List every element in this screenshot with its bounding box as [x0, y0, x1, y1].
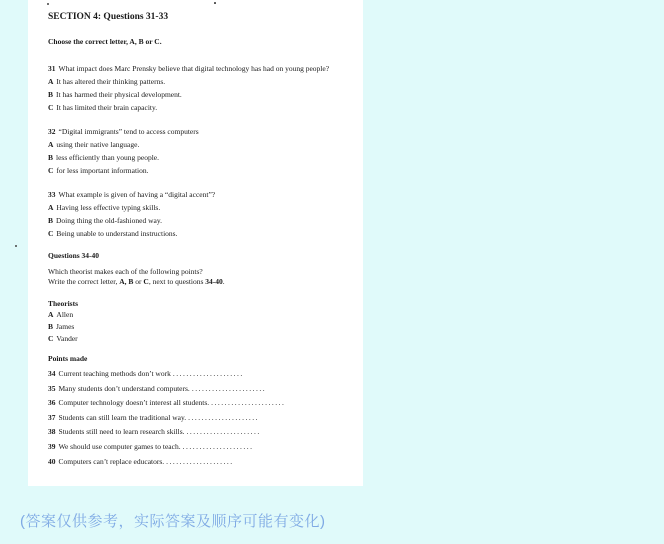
question-32-number: 32 [48, 127, 56, 136]
point-number: 35 [48, 384, 56, 393]
point-item-34: 34Current teaching methods don’t work...… [48, 367, 359, 382]
instruction-segment: or [133, 277, 143, 286]
questions-34-40-title: Questions 34-40 [48, 250, 359, 261]
scan-artifact-dot [15, 245, 17, 247]
question-33: 33What example is given of having a “dig… [48, 188, 359, 240]
question-32: 32“Digital immigrants” tend to access co… [48, 125, 359, 177]
point-text: Current teaching methods don’t work [59, 369, 171, 378]
matching-instruction-line2: Write the correct letter, A, B or C, nex… [48, 277, 359, 287]
point-item-36: 36Computer technology doesn’t interest a… [48, 396, 359, 411]
section-title: SECTION 4: Questions 31-33 [48, 12, 359, 23]
question-33-stem-text: What example is given of having a “digit… [59, 190, 216, 199]
option-text: using their native language. [56, 140, 139, 149]
question-33-option-b: BDoing thing the old-fashioned way. [48, 214, 359, 227]
theorist-letter: B [48, 322, 53, 331]
option-letter: A [48, 140, 53, 149]
point-text: Many students don’t understand computers… [59, 384, 190, 393]
point-text: We should use computer games to teach. [59, 442, 181, 451]
option-letter: C [48, 166, 53, 175]
answer-blank-leader: ...................... [192, 384, 266, 393]
screenshot-root: SECTION 4: Questions 31-33 Choose the co… [0, 0, 664, 544]
theorist-item-b: BJames [48, 321, 359, 333]
matching-instruction-line1: Which theorist makes each of the followi… [48, 267, 359, 277]
option-text: It has limited their brain capacity. [56, 103, 157, 112]
option-letter: A [48, 203, 53, 212]
theorist-item-c: CVander [48, 333, 359, 345]
question-31-option-a: AIt has altered their thinking patterns. [48, 75, 359, 88]
scan-artifact-dot [47, 3, 49, 5]
theorist-name: Allen [56, 310, 73, 319]
point-text: Students can still learn the traditional… [59, 413, 187, 422]
instruction-segment: Write the correct letter, [48, 277, 119, 286]
option-letter: C [48, 229, 53, 238]
answer-blank-leader: ...................... [211, 398, 285, 407]
option-letter: A [48, 77, 53, 86]
theorist-item-a: AAllen [48, 309, 359, 321]
question-32-stem-text: “Digital immigrants” tend to access comp… [59, 127, 199, 136]
option-text: less efficiently than young people. [56, 153, 159, 162]
question-32-option-b: Bless efficiently than young people. [48, 151, 359, 164]
point-item-38: 38Students still need to learn research … [48, 425, 359, 440]
point-number: 37 [48, 413, 56, 422]
point-number: 34 [48, 369, 56, 378]
instruction-bold-range: 34-40 [205, 277, 223, 286]
answer-blank-leader: ..................... [183, 442, 254, 451]
point-item-40: 40Computers can’t replace educators.....… [48, 455, 359, 470]
question-33-stem: 33What example is given of having a “dig… [48, 188, 359, 201]
answer-blank-leader: ..................... [188, 413, 259, 422]
option-letter: B [48, 153, 53, 162]
scan-artifact-dot [214, 2, 216, 4]
answer-blank-leader: ...................... [187, 427, 261, 436]
points-made-heading: Points made [48, 353, 359, 364]
option-text: It has harmed their physical development… [56, 90, 182, 99]
question-31-number: 31 [48, 64, 56, 73]
theorists-heading: Theorists [48, 298, 359, 309]
question-32-option-c: Cfor less important information. [48, 164, 359, 177]
question-33-option-c: CBeing unable to understand instructions… [48, 227, 359, 240]
option-text: Being unable to understand instructions. [56, 229, 177, 238]
question-31-stem: 31What impact does Marc Prensky believe … [48, 62, 359, 75]
question-31-option-c: CIt has limited their brain capacity. [48, 101, 359, 114]
point-number: 39 [48, 442, 56, 451]
choose-instruction: Choose the correct letter, A, B or C. [48, 37, 359, 47]
point-item-39: 39We should use computer games to teach.… [48, 440, 359, 455]
document-page: SECTION 4: Questions 31-33 Choose the co… [28, 0, 363, 486]
question-31-stem-text: What impact does Marc Prensky believe th… [59, 64, 330, 73]
answer-disclaimer-note: (答案仅供参考，实际答案及顺序可能有变化) [20, 510, 326, 531]
theorist-letter: A [48, 310, 53, 319]
option-text: for less important information. [56, 166, 148, 175]
answer-blank-leader: ..................... [173, 369, 244, 378]
theorist-letter: C [48, 334, 53, 343]
question-32-stem: 32“Digital immigrants” tend to access co… [48, 125, 359, 138]
point-number: 40 [48, 457, 56, 466]
option-text: Having less effective typing skills. [56, 203, 160, 212]
question-33-number: 33 [48, 190, 56, 199]
point-text: Students still need to learn research sk… [59, 427, 185, 436]
instruction-bold-letters: A, B [119, 277, 133, 286]
question-31-option-b: BIt has harmed their physical developmen… [48, 88, 359, 101]
option-text: Doing thing the old-fashioned way. [56, 216, 162, 225]
answer-blank-leader: .................... [166, 457, 234, 466]
point-text: Computer technology doesn’t interest all… [59, 398, 210, 407]
question-33-option-a: AHaving less effective typing skills. [48, 201, 359, 214]
point-item-35: 35Many students don’t understand compute… [48, 382, 359, 397]
instruction-segment: , next to questions [149, 277, 205, 286]
point-number: 38 [48, 427, 56, 436]
point-item-37: 37Students can still learn the tradition… [48, 411, 359, 426]
theorist-name: Vander [56, 334, 77, 343]
point-number: 36 [48, 398, 56, 407]
question-31: 31What impact does Marc Prensky believe … [48, 62, 359, 114]
option-letter: B [48, 216, 53, 225]
option-letter: C [48, 103, 53, 112]
point-text: Computers can’t replace educators. [59, 457, 165, 466]
theorist-name: James [56, 322, 74, 331]
question-32-option-a: Ausing their native language. [48, 138, 359, 151]
option-letter: B [48, 90, 53, 99]
option-text: It has altered their thinking patterns. [56, 77, 165, 86]
instruction-segment: . [223, 277, 225, 286]
